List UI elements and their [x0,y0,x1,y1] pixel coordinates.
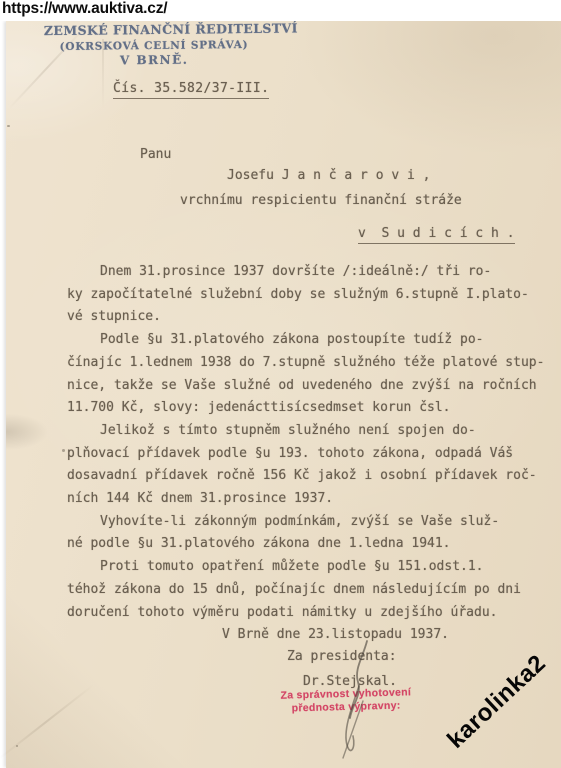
letter-line: Dnem 31.prosince 1937 dovršíte /:ideálně… [67,261,559,284]
paper-crease [0,684,94,759]
paper-speck [16,745,18,747]
signature-per: Za presidenta: [287,649,397,664]
letter-line: vé stupnice. [67,306,559,329]
scanned-letter-screenshot: https://www.auktiva.cz/ ZEMSKÉ FINANČNÍ … [0,0,561,768]
letter-line: plňovací přídavek podle §u 193. tohoto z… [67,443,559,466]
letter-line: doručení tohoto výměru podati námitky u … [67,602,559,625]
paragraph: Vyhovíte-li zákonným podmínkám, zvýší se… [67,511,559,556]
certification-stamp-line2: přednosta výpravny: [270,699,422,716]
recipient-name: Josefu J a n č a r o v i , [227,168,431,183]
letter-line: Podle §u 31.platového zákona postoupíte … [67,329,559,352]
letter-line: nice, takže se Vaše služné od uvedeného … [67,375,559,398]
letter-line: Proti tomuto opatření můžete podle §u 15… [67,556,559,579]
paragraph: Proti tomuto opatření můžete podle §u 15… [67,556,559,624]
paper-speck [7,125,10,127]
letter-line: ky započítatelné služební doby se služný… [67,284,559,307]
letter-line: Jelikož s tímto stupněm služného není sp… [67,420,559,443]
recipient-title: vrchnímu respicientu finanční stráže [180,193,462,208]
letter-body: Dnem 31.prosince 1937 dovršíte /:ideálně… [67,261,559,624]
recipient-location: v S u d i c í c h . [358,226,515,244]
certification-stamp: Za správnost vyhotovení přednosta výprav… [270,686,423,716]
paragraph: Podle §u 31.platového zákona postoupíte … [67,329,559,420]
office-stamp-line3: V BRNĚ. [44,52,264,68]
office-stamp: ZEMSKÉ FINANČNÍ ŘEDITELSTVÍ (OKRSKOVÁ CE… [44,21,264,68]
office-stamp-line1: ZEMSKÉ FINANČNÍ ŘEDITELSTVÍ [44,21,264,38]
letter-line: téhož zákona do 15 dnů, počínajíc dnem n… [67,579,559,602]
reference-number: Čís. 35.582/37-III. [113,81,269,99]
date-line: V Brně dne 23.listopadu 1937. [222,627,449,642]
letter-line: né podle §u 31.platového zákona dne 1.le… [67,533,559,556]
source-url-text: https://www.auktiva.cz/ [2,0,167,18]
letter-line: čínajíc 1.lednem 1938 do 7.stupně služné… [67,352,559,375]
source-url-banner: https://www.auktiva.cz/ [0,0,561,21]
office-stamp-line2: (OKRSKOVÁ CELNÍ SPRÁVA) [44,39,264,53]
paragraph: Jelikož s tímto stupněm služného není sp… [67,420,559,511]
recipient-salutation: Panu [140,147,171,162]
letter-paper: ZEMSKÉ FINANČNÍ ŘEDITELSTVÍ (OKRSKOVÁ CE… [6,21,561,768]
seller-watermark: karolinka2 [438,646,555,758]
paper-speck [62,449,65,452]
letter-line: 11.700 Kč, slovy: jedenácttisícsedmset k… [67,397,559,420]
paragraph: Dnem 31.prosince 1937 dovršíte /:ideálně… [67,261,559,329]
letter-line: dosavadní přídavek ročně 156 Kč jakož i … [67,465,559,488]
letter-line: Vyhovíte-li zákonným podmínkám, zvýší se… [67,511,559,534]
letter-line: ních 144 Kč dnem 31.prosince 1937. [67,488,559,511]
